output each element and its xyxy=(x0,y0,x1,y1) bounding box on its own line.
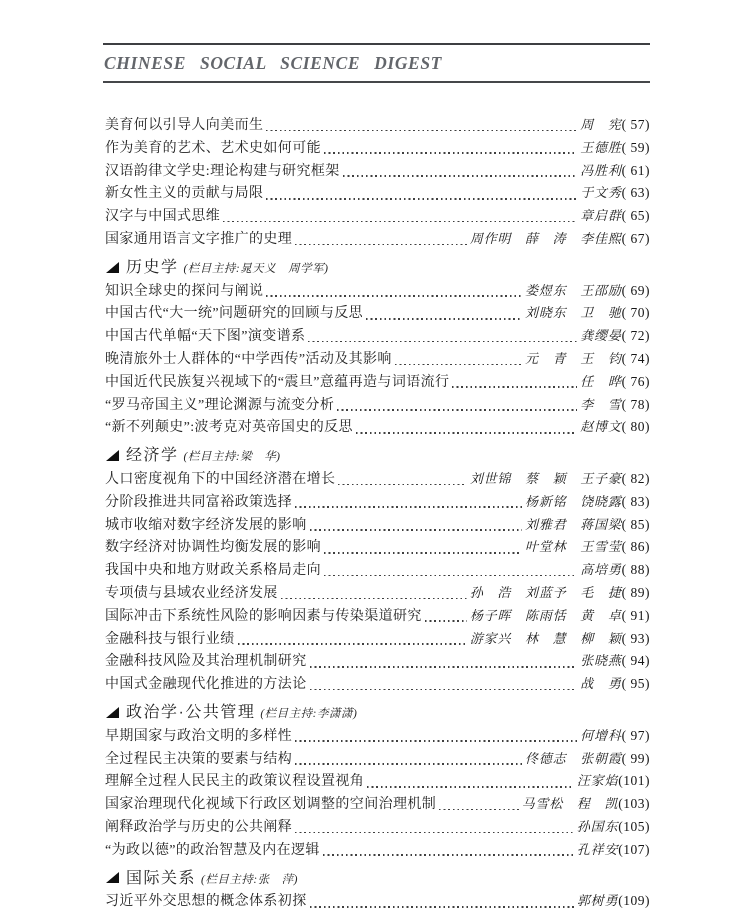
toc-entry: 分阶段推进共同富裕政策选择杨新铭 饶晓露( 83) xyxy=(105,491,650,514)
article-authors: 孔祥安 xyxy=(577,839,618,862)
section-host-label: (栏目主持:张 萍) xyxy=(201,869,298,892)
dotted-leader xyxy=(263,114,580,137)
page-number: ( 97) xyxy=(622,725,650,748)
article-title: 汉语韵律文学史:理论构建与研究框架 xyxy=(105,161,340,184)
page-number: (107) xyxy=(618,839,650,862)
article-authors: 刘晓东 卫 驰 xyxy=(525,302,622,325)
article-authors: 冯胜利 xyxy=(580,160,621,183)
article-authors: 章启群 xyxy=(580,205,621,228)
article-authors: 娄煜东 王邵励 xyxy=(525,280,622,303)
section-host-label: (栏目主持:李潇潇) xyxy=(260,703,357,726)
page-number: ( 63) xyxy=(622,182,650,205)
article-authors: 马雪松 程 凯 xyxy=(522,793,619,816)
page-number: ( 83) xyxy=(622,491,650,514)
article-authors: 赵博文 xyxy=(580,416,621,439)
dotted-leader xyxy=(340,160,581,183)
section-name: 国际关系 xyxy=(126,868,196,891)
page-number: ( 82) xyxy=(622,468,650,491)
dotted-leader xyxy=(307,514,525,537)
dotted-leader xyxy=(321,137,580,160)
page-number: ( 72) xyxy=(622,325,650,348)
article-authors: 龚缨晏 xyxy=(580,325,621,348)
article-authors: 元 青 王 钧 xyxy=(525,348,622,371)
article-title: 分阶段推进共同富裕政策选择 xyxy=(105,492,292,515)
article-authors: 张晓燕 xyxy=(580,650,621,673)
article-authors: 游家兴 林 慧 柳 颖 xyxy=(470,628,622,651)
toc-entry: 习近平外交思想的概念体系初探郭树勇(109) xyxy=(105,890,650,913)
dotted-leader xyxy=(335,468,469,491)
page-number: ( 99) xyxy=(622,748,650,771)
page-number: ( 69) xyxy=(622,280,650,303)
toc-entry: 美育何以引导人向美而生周 宪( 57) xyxy=(105,114,650,137)
article-authors: 叶堂林 王雪莹 xyxy=(525,536,622,559)
toc-entry: 人口密度视角下的中国经济潜在增长刘世锦 蔡 颖 王子豪( 82) xyxy=(105,468,650,491)
dotted-leader xyxy=(292,228,470,251)
article-title: 中国近代民族复兴视域下的“震旦”意蕴再造与词语流行 xyxy=(105,372,449,395)
article-title: 人口密度视角下的中国经济潜在增长 xyxy=(105,469,335,492)
article-title: 新女性主义的贡献与局限 xyxy=(105,183,263,206)
toc-entry: 中国古代单幅“天下图”演变谱系龚缨晏( 72) xyxy=(105,325,650,348)
page-number: ( 93) xyxy=(622,628,650,651)
article-title: 早期国家与政治文明的多样性 xyxy=(105,726,292,749)
dotted-leader xyxy=(436,793,521,816)
toc-entry: 新女性主义的贡献与局限于文秀( 63) xyxy=(105,182,650,205)
article-authors: 周 宪 xyxy=(580,114,621,137)
page-number: (109) xyxy=(618,890,650,913)
page-number: ( 85) xyxy=(622,514,650,537)
article-authors: 杨新铭 饶晓露 xyxy=(525,491,622,514)
article-title: 全过程民主决策的要素与结构 xyxy=(105,749,292,772)
article-authors: 汪家焰 xyxy=(577,770,618,793)
toc-entry: 汉字与中国式思维章启群( 65) xyxy=(105,205,650,228)
dotted-leader xyxy=(263,280,525,303)
toc-entry: 全过程民主决策的要素与结构佟德志 张朝霞( 99) xyxy=(105,748,650,771)
dotted-leader xyxy=(321,536,525,559)
section-name: 历史学 xyxy=(126,257,179,280)
article-title: 作为美育的艺术、艺术史如何可能 xyxy=(105,138,321,161)
page-number: (105) xyxy=(618,816,650,839)
toc-entry: “罗马帝国主义”理论渊源与流变分析李 雪( 78) xyxy=(105,394,650,417)
section-header: 经济学(栏目主持:梁 华) xyxy=(105,445,650,468)
section-host-label: (栏目主持:晁天义 周学军) xyxy=(184,258,329,281)
dotted-leader xyxy=(292,725,580,748)
article-authors: 何增科 xyxy=(580,725,621,748)
toc-entry: 知识全球史的探问与阐说娄煜东 王邵励( 69) xyxy=(105,280,650,303)
dotted-leader xyxy=(235,628,470,651)
article-authors: 于文秀 xyxy=(580,182,621,205)
journal-contents-page: CHINESE SOCIAL SCIENCE DIGEST 美育何以引导人向美而… xyxy=(0,0,744,921)
article-title: 阐释政治学与历史的公共阐释 xyxy=(105,817,292,840)
article-title: 国际冲击下系统性风险的影响因素与传染渠道研究 xyxy=(105,606,422,629)
masthead: CHINESE SOCIAL SCIENCE DIGEST xyxy=(103,43,650,83)
toc-entry: 中国式金融现代化推进的方法论战 勇( 95) xyxy=(105,673,650,696)
page-number: ( 57) xyxy=(622,114,650,137)
article-authors: 任 晔 xyxy=(580,371,621,394)
toc-entry: 专项债与县域农业经济发展孙 浩 刘蓝予 毛 捷( 89) xyxy=(105,582,650,605)
article-authors: 佟德志 张朝霞 xyxy=(525,748,622,771)
masthead-bottom-rule xyxy=(103,81,650,83)
article-title: 专项债与县域农业经济发展 xyxy=(105,583,278,606)
page-number: ( 61) xyxy=(622,160,650,183)
lower-right-triangle-icon xyxy=(106,872,119,883)
dotted-leader xyxy=(392,348,525,371)
toc-entry: 阐释政治学与历史的公共阐释孙国东(105) xyxy=(105,816,650,839)
page-number: ( 89) xyxy=(622,582,650,605)
toc-entry: 理解全过程人民民主的政策议程设置视角汪家焰(101) xyxy=(105,770,650,793)
page-number: ( 78) xyxy=(622,394,650,417)
dotted-leader xyxy=(321,559,580,582)
toc-entry: 城市收缩对数字经济发展的影响刘雅君 蒋国梁( 85) xyxy=(105,514,650,537)
dotted-leader xyxy=(292,816,577,839)
article-authors: 杨子晖 陈雨恬 黄 卓 xyxy=(470,605,622,628)
article-title: 数字经济对协调性均衡发展的影响 xyxy=(105,537,321,560)
toc-entry: “新不列颠史”:波考克对英帝国史的反思赵博文( 80) xyxy=(105,416,650,439)
dotted-leader xyxy=(278,582,470,605)
section-header: 政治学·公共管理(栏目主持:李潇潇) xyxy=(105,702,650,725)
section-header: 国际关系(栏目主持:张 萍) xyxy=(105,868,650,891)
page-number: ( 88) xyxy=(622,559,650,582)
article-title: 金融科技与银行业绩 xyxy=(105,629,235,652)
toc-entry: 国家通用语言文字推广的史理周作明 薛 涛 李佳熙( 67) xyxy=(105,228,650,251)
article-title: 中国式金融现代化推进的方法论 xyxy=(105,674,307,697)
page-number: ( 67) xyxy=(622,228,650,251)
page-number: (101) xyxy=(618,770,650,793)
section-name: 经济学 xyxy=(126,445,179,468)
page-number: ( 86) xyxy=(622,536,650,559)
toc-entry: 作为美育的艺术、艺术史如何可能王德胜( 59) xyxy=(105,137,650,160)
article-title: 国家通用语言文字推广的史理 xyxy=(105,229,292,252)
dotted-leader xyxy=(307,890,577,913)
toc-entry: 我国中央和地方财政关系格局走向高培勇( 88) xyxy=(105,559,650,582)
page-number: (103) xyxy=(618,793,650,816)
page-number: ( 80) xyxy=(622,416,650,439)
article-title: “为政以德”的政治智慧及内在逻辑 xyxy=(105,840,320,863)
article-authors: 郭树勇 xyxy=(577,890,618,913)
article-authors: 孙国东 xyxy=(577,816,618,839)
article-title: 国家治理现代化视域下行政区划调整的空间治理机制 xyxy=(105,794,436,817)
article-title: 中国古代“大一统”问题研究的回顾与反思 xyxy=(105,303,363,326)
dotted-leader xyxy=(220,205,580,228)
dotted-leader xyxy=(320,839,577,862)
dotted-leader xyxy=(305,325,580,348)
page-number: ( 91) xyxy=(622,605,650,628)
table-of-contents: 美育何以引导人向美而生周 宪( 57)作为美育的艺术、艺术史如何可能王德胜( 5… xyxy=(105,114,650,913)
lower-right-triangle-icon xyxy=(106,707,119,718)
section-name: 政治学·公共管理 xyxy=(126,702,255,725)
toc-entry: 金融科技与银行业绩游家兴 林 慧 柳 颖( 93) xyxy=(105,628,650,651)
lower-right-triangle-icon xyxy=(106,450,119,461)
lower-right-triangle-icon xyxy=(106,262,119,273)
article-title: “罗马帝国主义”理论渊源与流变分析 xyxy=(105,395,334,418)
toc-entry: 金融科技风险及其治理机制研究张晓燕( 94) xyxy=(105,650,650,673)
article-title: “新不列颠史”:波考克对英帝国史的反思 xyxy=(105,417,353,440)
journal-title: CHINESE SOCIAL SCIENCE DIGEST xyxy=(104,52,650,74)
article-authors: 高培勇 xyxy=(580,559,621,582)
section-header: 历史学(栏目主持:晁天义 周学军) xyxy=(105,257,650,280)
article-authors: 刘雅君 蒋国梁 xyxy=(525,514,622,537)
dotted-leader xyxy=(449,371,580,394)
article-title: 中国古代单幅“天下图”演变谱系 xyxy=(105,326,305,349)
page-number: ( 74) xyxy=(622,348,650,371)
toc-entry: 汉语韵律文学史:理论构建与研究框架冯胜利( 61) xyxy=(105,160,650,183)
toc-entry: “为政以德”的政治智慧及内在逻辑孔祥安(107) xyxy=(105,839,650,862)
toc-entry: 国际冲击下系统性风险的影响因素与传染渠道研究杨子晖 陈雨恬 黄 卓( 91) xyxy=(105,605,650,628)
toc-entry: 国家治理现代化视域下行政区划调整的空间治理机制马雪松 程 凯(103) xyxy=(105,793,650,816)
article-title: 我国中央和地方财政关系格局走向 xyxy=(105,560,321,583)
article-title: 汉字与中国式思维 xyxy=(105,206,220,229)
dotted-leader xyxy=(422,605,470,628)
article-title: 城市收缩对数字经济发展的影响 xyxy=(105,515,307,538)
page-number: ( 94) xyxy=(622,650,650,673)
page-number: ( 65) xyxy=(622,205,650,228)
dotted-leader xyxy=(353,416,580,439)
dotted-leader xyxy=(307,673,581,696)
article-title: 金融科技风险及其治理机制研究 xyxy=(105,651,307,674)
article-authors: 战 勇 xyxy=(580,673,621,696)
article-authors: 李 雪 xyxy=(580,394,621,417)
article-authors: 王德胜 xyxy=(580,137,621,160)
dotted-leader xyxy=(334,394,580,417)
article-authors: 周作明 薛 涛 李佳熙 xyxy=(470,228,622,251)
article-authors: 孙 浩 刘蓝予 毛 捷 xyxy=(470,582,622,605)
toc-entry: 数字经济对协调性均衡发展的影响叶堂林 王雪莹( 86) xyxy=(105,536,650,559)
article-title: 理解全过程人民民主的政策议程设置视角 xyxy=(105,771,364,794)
article-authors: 刘世锦 蔡 颖 王子豪 xyxy=(470,468,622,491)
toc-entry: 早期国家与政治文明的多样性何增科( 97) xyxy=(105,725,650,748)
dotted-leader xyxy=(364,770,577,793)
section-host-label: (栏目主持:梁 华) xyxy=(184,446,281,469)
page-number: ( 59) xyxy=(622,137,650,160)
toc-entry: 晚清旅外士人群体的“中学西传”活动及其影响元 青 王 钧( 74) xyxy=(105,348,650,371)
dotted-leader xyxy=(263,182,580,205)
page-number: ( 70) xyxy=(622,302,650,325)
toc-entry: 中国近代民族复兴视域下的“震旦”意蕴再造与词语流行任 晔( 76) xyxy=(105,371,650,394)
page-number: ( 76) xyxy=(622,371,650,394)
toc-entry: 中国古代“大一统”问题研究的回顾与反思刘晓东 卫 驰( 70) xyxy=(105,302,650,325)
dotted-leader xyxy=(307,650,581,673)
dotted-leader xyxy=(363,302,525,325)
article-title: 美育何以引导人向美而生 xyxy=(105,115,263,138)
article-title: 习近平外交思想的概念体系初探 xyxy=(105,891,307,914)
article-title: 知识全球史的探问与阐说 xyxy=(105,281,263,304)
dotted-leader xyxy=(292,748,525,771)
article-title: 晚清旅外士人群体的“中学西传”活动及其影响 xyxy=(105,349,392,372)
dotted-leader xyxy=(292,491,525,514)
masthead-top-rule xyxy=(103,43,650,45)
page-number: ( 95) xyxy=(622,673,650,696)
